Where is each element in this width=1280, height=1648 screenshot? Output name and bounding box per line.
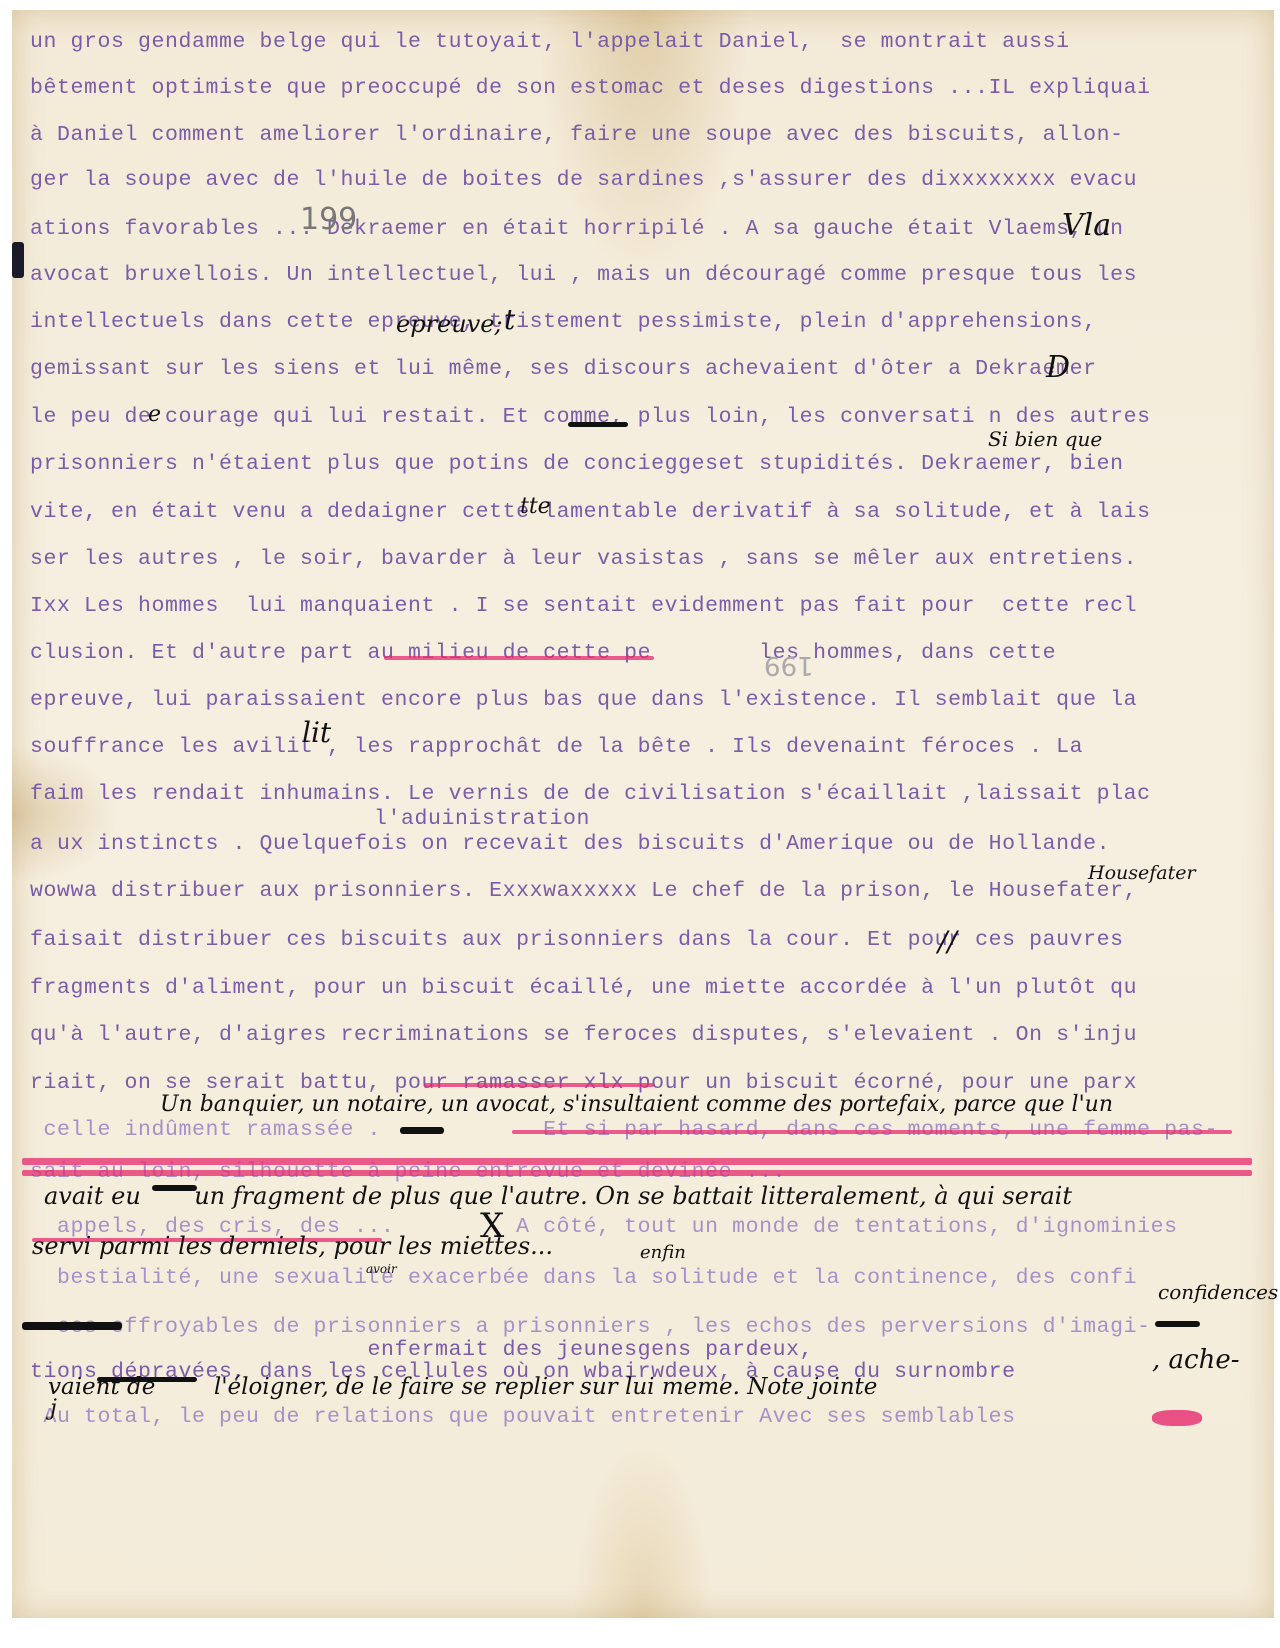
typed-line: ser les autres , le soir, bavarder à leu…: [30, 547, 1137, 571]
typed-line: souffrance les avilit , les rapprochât d…: [30, 735, 1083, 759]
typed-line: à Daniel comment ameliorer l'ordinaire, …: [30, 123, 1124, 147]
handwritten-insertion: Si bien que: [988, 427, 1102, 451]
cross-mark: X: [480, 1206, 504, 1246]
typed-line: gemissant sur les siens et lui même, ses…: [30, 357, 1097, 381]
typed-line: qu'à l'autre, d'aigres recriminations se…: [30, 1023, 1137, 1047]
handwritten-insertion: enfin: [640, 1242, 686, 1263]
handwritten-insertion: , ache-: [1152, 1345, 1240, 1375]
typed-line: avocat bruxellois. Un intellectuel, lui …: [30, 263, 1137, 287]
ink-strikethrough: [400, 1127, 444, 1134]
red-strikethrough: [22, 1158, 1252, 1165]
handwritten-correction: lit: [302, 716, 331, 749]
ink-strikethrough: [22, 1322, 122, 1330]
handwritten-insertion: Housefater: [1088, 862, 1196, 884]
handwritten-line: Un banquier, un notaire, un avocat, s'in…: [160, 1092, 1113, 1117]
typed-line: ations favorables ... Dekraemer en était…: [30, 217, 1124, 241]
handwritten-line: vaient de l'éloigner, de le faire se rep…: [48, 1374, 877, 1400]
handwritten-line: avait eu un fragment de plus que l'autre…: [44, 1182, 1072, 1210]
ink-blot: [12, 242, 24, 278]
handwritten-correction: Vla: [1062, 208, 1111, 243]
red-strikethrough: [424, 1083, 654, 1087]
typed-line: fragments d'aliment, pour un biscuit éca…: [30, 976, 1137, 1000]
page-number-faint: 199: [764, 650, 814, 680]
ink-strikethrough: [1155, 1321, 1200, 1327]
typed-line: enfermait des jeunesgens pardeux,: [30, 1338, 813, 1362]
page-number: 199: [300, 202, 357, 237]
typed-line: un gros gendamme belge qui le tutoyait, …: [30, 30, 1070, 54]
typed-line: epreuve, lui paraissaient encore plus ba…: [30, 688, 1137, 712]
paragraph-mark: //: [938, 925, 957, 958]
handwritten-correction: tte: [520, 494, 551, 519]
typed-line: a ux instincts . Quelquefois on recevait…: [30, 832, 1110, 856]
red-strikethrough: [512, 1130, 1232, 1134]
typed-line: faim les rendait inhumains. Le vernis de…: [30, 782, 1151, 806]
typed-line: faisait distribuer ces biscuits aux pris…: [30, 928, 1124, 952]
red-blot: [1152, 1410, 1202, 1426]
typed-line: ces effroyables de prisonniers a prisonn…: [30, 1315, 1151, 1339]
typed-line: bêtement optimiste que preoccupé de son …: [30, 76, 1151, 100]
typed-line: Au total, le peu de relations que pouvai…: [30, 1405, 1016, 1429]
typed-line: prisonniers n'étaient plus que potins de…: [30, 452, 1124, 476]
red-strikethrough: [22, 1170, 1252, 1176]
handwritten-correction: epreuve;: [396, 310, 503, 338]
typed-line: Ixx Les hommes lui manquaient . I se sen…: [30, 594, 1137, 618]
handwritten-insertion: avoir: [366, 1262, 397, 1276]
handwritten-mark: j: [50, 1396, 57, 1421]
typed-line: intellectuels dans cette epreuve, triste…: [30, 310, 1097, 334]
typed-line: clusion. Et d'autre part au milieu de ce…: [30, 641, 1056, 665]
handwritten-correction: D: [1046, 350, 1070, 385]
handwritten-insertion: confidences: [1158, 1280, 1278, 1304]
manuscript-page: un gros gendamme belge qui le tutoyait, …: [12, 10, 1274, 1618]
typed-line: bestialité, une sexualité exacerbée dans…: [30, 1266, 1137, 1290]
typed-line: wowwa distribuer aux prisonniers. Exxxwa…: [30, 879, 1137, 903]
red-strikethrough: [384, 656, 654, 660]
handwritten-correction: t: [504, 303, 515, 336]
typed-line: vite, en était venu a dedaigner cette la…: [30, 500, 1151, 524]
handwritten-correction: e: [148, 402, 161, 427]
typed-line: ger la soupe avec de l'huile de boites d…: [30, 168, 1137, 192]
ink-strikethrough: [568, 422, 628, 427]
handwritten-line: servi parmi les derniels, pour les miett…: [32, 1232, 553, 1260]
typed-insertion: l'aduinistration: [374, 807, 590, 831]
